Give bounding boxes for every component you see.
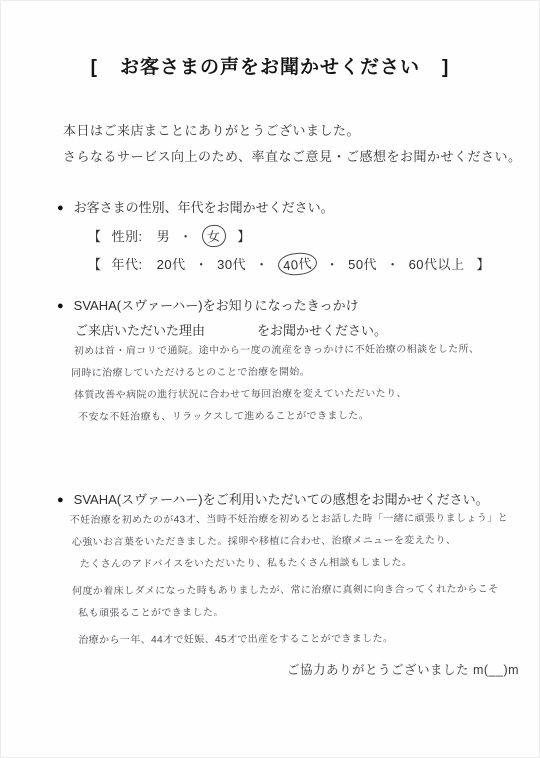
question-how-found-label-line2-left: ご来店いただいた理由 (75, 323, 205, 338)
age-option-30s: 30代 (217, 257, 246, 272)
survey-page: [お客さまの声をお聞かせください] 本日はご来店まことにありがとうございました。… (0, 0, 540, 758)
question-how-found: ●SVAHA(スヴァーハー)をお知りになったきっかけ (57, 295, 359, 314)
handwritten-line: たくさんのアドバイスをいただいたり、私もたくさん相談もしました。 (80, 552, 508, 576)
question-how-found-label-line2-right: をお聞かせください。 (257, 323, 387, 338)
handwritten-line: 何度か着床しダメになった時もありましたが、常に治療に真剣に向き合ってくれたからこ… (72, 579, 508, 603)
question-how-found-label-line1: SVAHA(スヴァーハー)をお知りになったきっかけ (74, 298, 359, 313)
handwritten-line: 不妊治療を初めたのが43才、当時不妊治療を初めるとお話した時「一緒に頑張りましょ… (70, 508, 508, 532)
page-title: [お客さまの声をお聞かせください] (0, 52, 540, 79)
handwritten-line: 体質改善や病院の進行状況に合わせて毎回治療を変えていただいたり、 (74, 383, 480, 407)
bullet-icon: ● (57, 300, 64, 312)
question-impressions: ●SVAHA(スヴァーハー)をご利用いただいての感想をお聞かせください。 (57, 489, 489, 508)
intro-line-1: 本日はご来店まことにありがとうございました。 (63, 120, 360, 139)
handwritten-answer-how-found: 初めは首・肩コリで通院。途中から一度の流産をきっかけに不妊治療の相談をした所、 … (74, 339, 480, 429)
age-option-20s: 20代 (157, 257, 186, 272)
age-option-50s: 50代 (348, 257, 377, 272)
page-title-text: お客さまの声をお聞かせください (120, 57, 420, 78)
gender-bracket-close: 】 (237, 229, 251, 244)
handwritten-answer-impressions: 不妊治療を初めたのが43才、当時不妊治療を初めるとお話した時「一緒に頑張りましょ… (70, 508, 509, 652)
age-label: 年代: (112, 254, 143, 273)
gender-option-male: 男 (157, 229, 171, 244)
intro-line-2: さらなるサービス向上のため、率直なご意見・ご感想をお聞かせください。 (63, 146, 521, 165)
option-separator: ・ (255, 254, 269, 273)
footer-thanks: ご協力ありがとうございました m(__)m (287, 660, 519, 678)
bullet-icon: ● (57, 494, 64, 506)
handwritten-line: 初めは首・肩コリで通院。途中から一度の流産をきっかけに不妊治療の相談をした所、 (74, 339, 480, 363)
question-gender-age: ●お客さまの性別、年代をお聞かせください。 (57, 197, 334, 216)
handwritten-line: 心強いお言葉をいただきました。採卵や移植に合わせ、治療メニューを変えたり、 (72, 530, 508, 554)
handwritten-line: 私も頑張ることができました。 (78, 601, 508, 625)
question-gender-age-label: お客さまの性別、年代をお聞かせください。 (74, 200, 334, 215)
gender-bracket-open: 【 (88, 229, 102, 244)
age-option-60s-plus: 60代以上 (409, 257, 465, 272)
bullet-icon: ● (57, 202, 64, 214)
title-bracket-open: [ (91, 57, 98, 79)
gender-row: 【性別:男・女】 (88, 225, 251, 247)
age-option-40s-selected: 40代 (277, 251, 318, 276)
gender-option-female-selected: 女 (201, 224, 226, 248)
title-bracket-close: ] (442, 57, 449, 79)
age-bracket-close: 】 (477, 257, 491, 272)
age-row: 【年代:20代・30代・40代・50代・60代以上】 (88, 253, 490, 275)
option-separator: ・ (195, 254, 209, 273)
question-impressions-label: SVAHA(スヴァーハー)をご利用いただいての感想をお聞かせください。 (74, 492, 489, 507)
option-separator: ・ (386, 254, 400, 273)
age-bracket-open: 【 (88, 257, 102, 272)
handwritten-line: 同時に治療していただけるとのことで治療を開始。 (71, 361, 480, 385)
gender-label: 性別: (112, 226, 143, 245)
question-how-found-line2: ご来店いただいた理由をお聞かせください。 (75, 320, 387, 339)
option-separator: ・ (179, 226, 193, 245)
handwritten-line: 治療から一年、44才で妊娠、45才で出産をすることができました。 (78, 628, 508, 652)
handwritten-line: 不安な不妊治療も、リラックスして進めることができました。 (78, 405, 480, 429)
option-separator: ・ (326, 254, 340, 273)
